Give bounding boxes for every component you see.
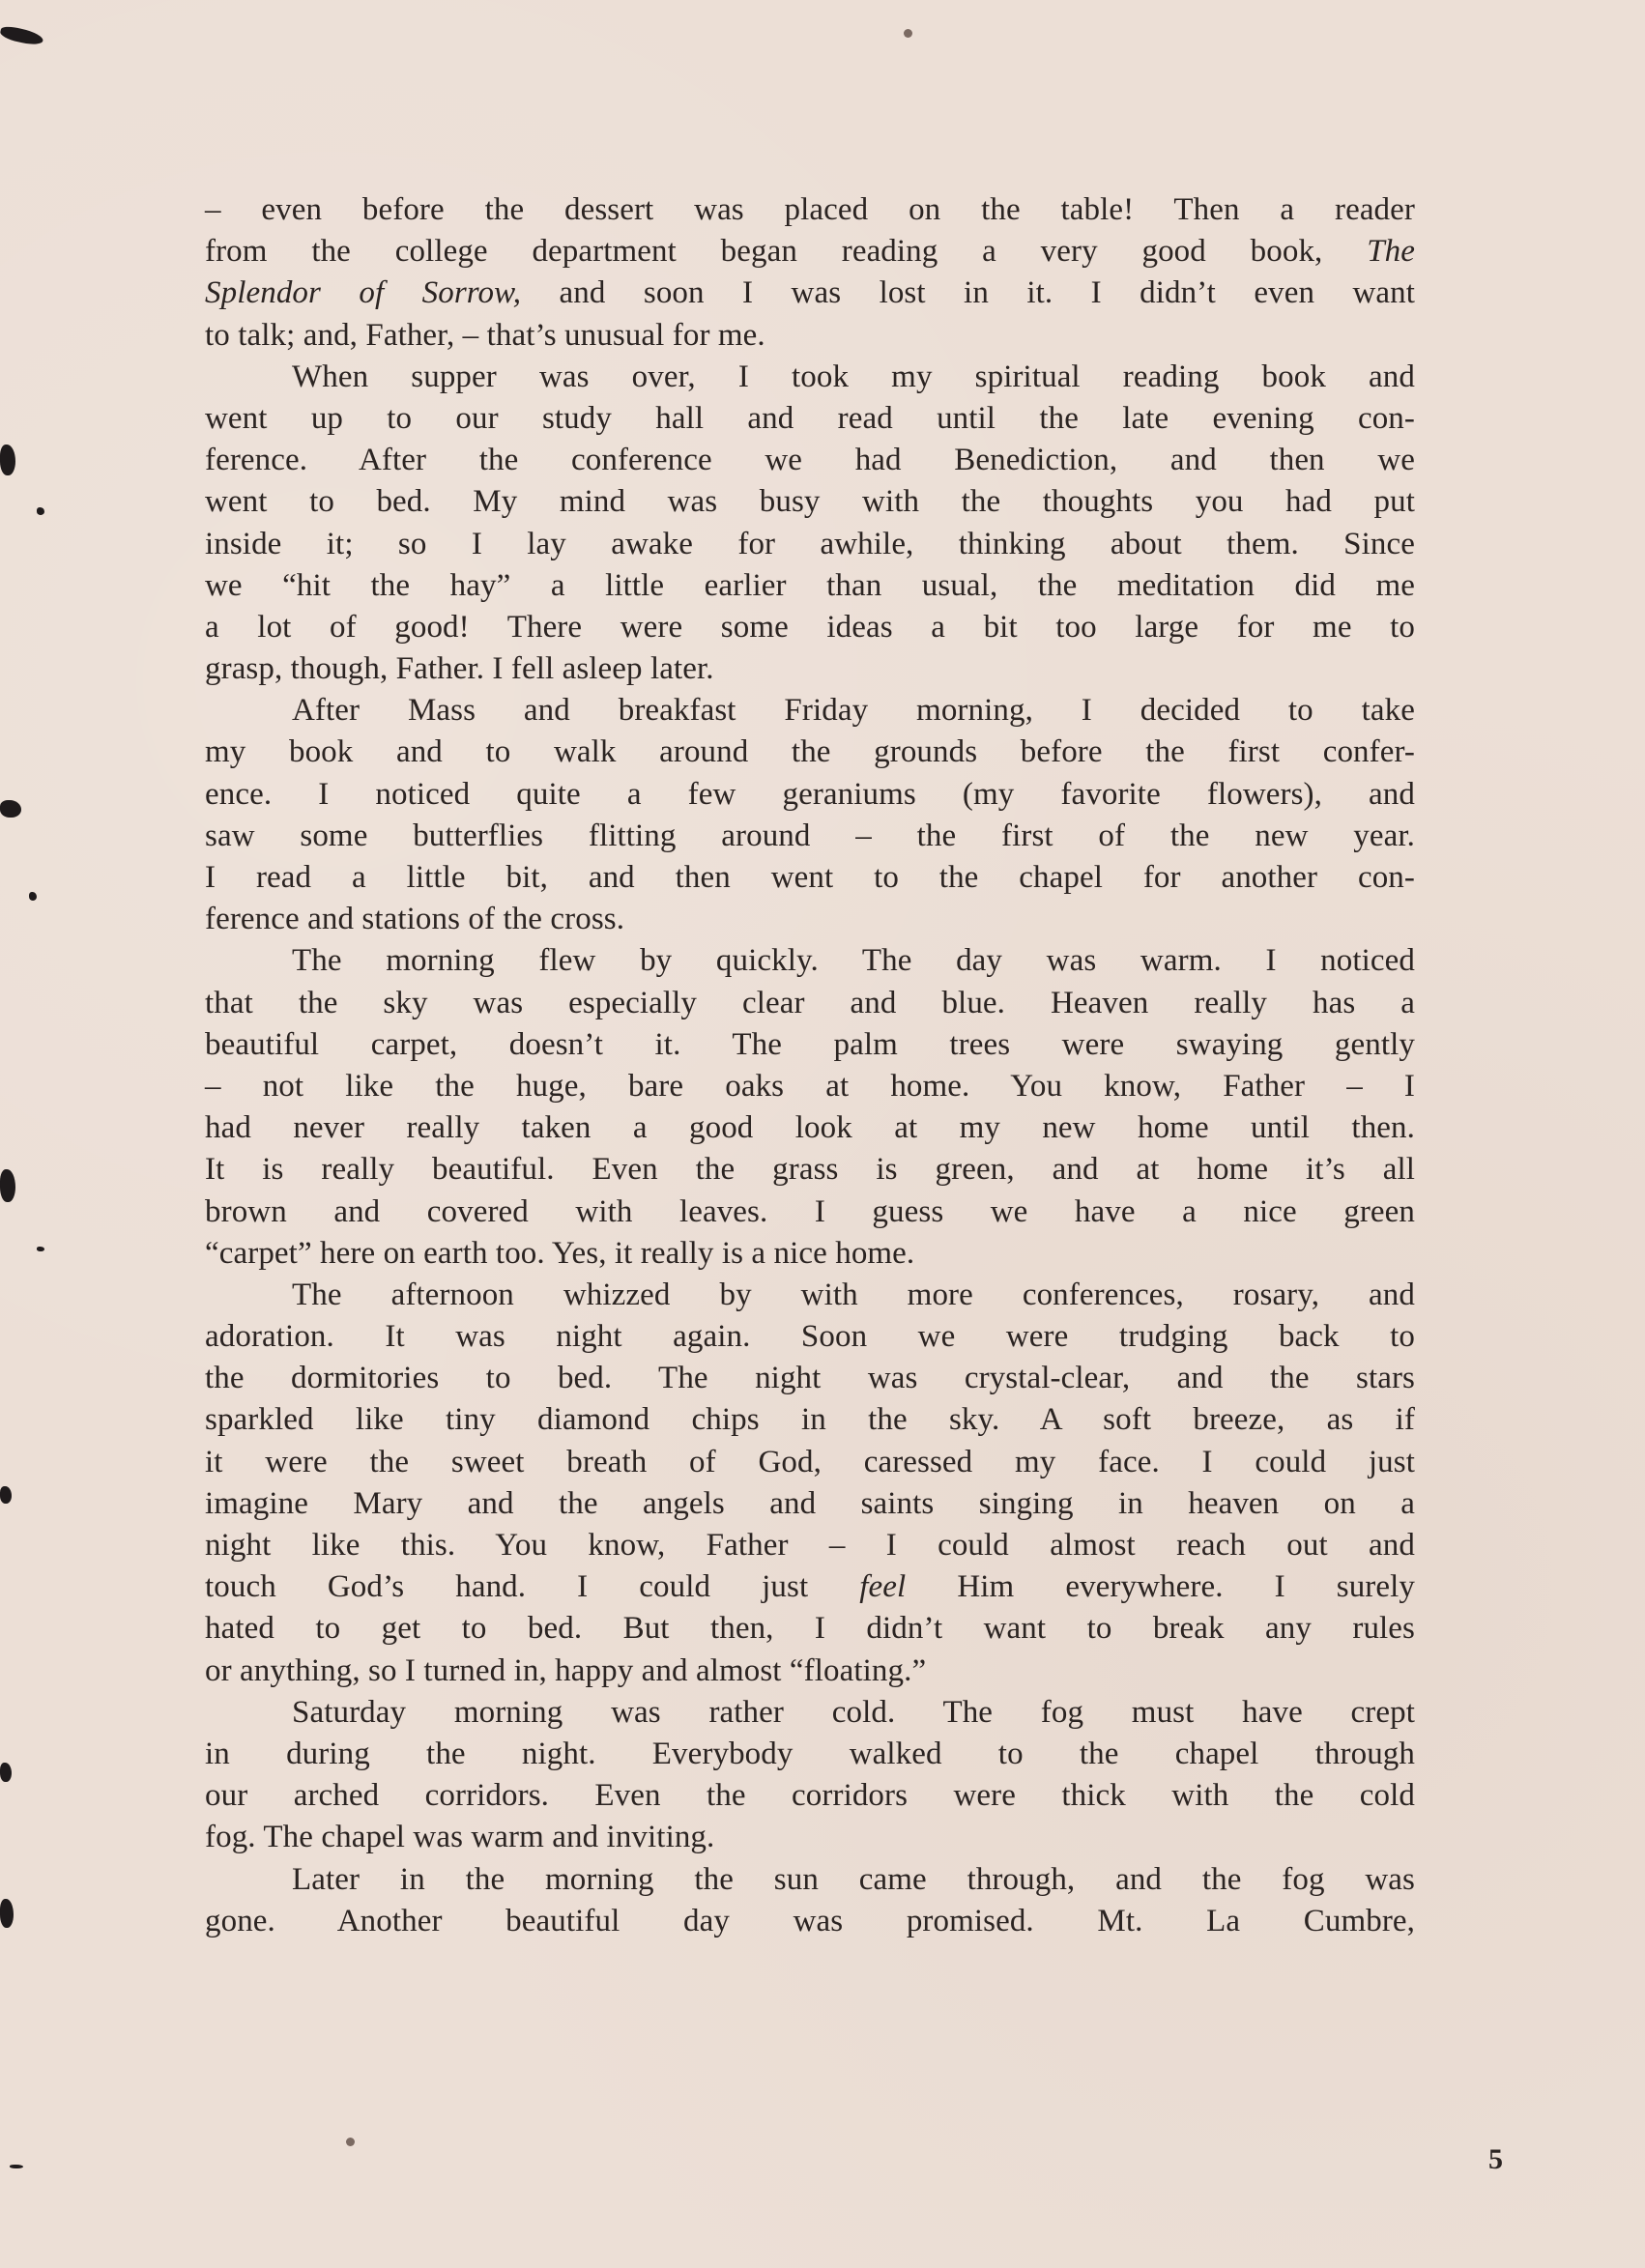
text-line: fog. The chapel was warm and inviting. — [205, 1817, 1415, 1858]
text-line: had never really taken a good look at my… — [205, 1107, 1415, 1149]
paragraph-first-line: The morning flew by quickly. The day was… — [205, 940, 1415, 982]
text-line: ference. After the conference we had Ben… — [205, 440, 1415, 481]
text-segment: Saturday morning was rather cold. The fo… — [292, 1695, 1415, 1730]
text-segment: went to bed. My mind was busy with the t… — [205, 484, 1415, 519]
text-line: from the college department began readin… — [205, 231, 1415, 273]
binding-hole-mark — [29, 892, 37, 901]
text-line: went up to our study hall and read until… — [205, 398, 1415, 440]
text-segment: the dormitories to bed. The night was cr… — [205, 1361, 1415, 1395]
text-segment: from the college department began readin… — [205, 234, 1367, 269]
text-line: that the sky was especially clear and bl… — [205, 983, 1415, 1024]
text-segment: to talk; and, Father, – that’s unusual f… — [205, 318, 765, 353]
paragraph-first-line: Later in the morning the sun came throug… — [205, 1859, 1415, 1901]
text-segment: imagine Mary and the angels and saints s… — [205, 1486, 1415, 1521]
text-line: grasp, though, Father. I fell asleep lat… — [205, 648, 1415, 690]
text-segment: our arched corridors. Even the corridors… — [205, 1778, 1415, 1813]
text-line: saw some butterflies flitting around – t… — [205, 816, 1415, 857]
text-segment: my book and to walk around the grounds b… — [205, 734, 1415, 769]
text-segment: had never really taken a good look at my… — [205, 1110, 1415, 1145]
binding-hole-mark — [37, 1247, 44, 1251]
text-segment: The morning flew by quickly. The day was… — [292, 943, 1415, 978]
binding-hole-mark — [0, 800, 21, 818]
text-segment: or anything, so I turned in, happy and a… — [205, 1653, 926, 1688]
text-segment: After Mass and breakfast Friday morning,… — [292, 693, 1415, 728]
text-line: hated to get to bed. But then, I didn’t … — [205, 1608, 1415, 1650]
italic-text: feel — [859, 1569, 906, 1604]
paper-speck — [904, 29, 912, 38]
text-line: I read a little bit, and then went to th… — [205, 857, 1415, 899]
binding-hole-mark — [0, 24, 44, 46]
binding-hole-mark — [37, 507, 44, 515]
paragraph-first-line: After Mass and breakfast Friday morning,… — [205, 690, 1415, 732]
text-segment: adoration. It was night again. Soon we w… — [205, 1319, 1415, 1354]
paragraph-first-line: The afternoon whizzed by with more confe… — [205, 1275, 1415, 1316]
body-text: – even before the dessert was placed on … — [205, 189, 1415, 1942]
text-segment: it were the sweet breath of God, caresse… — [205, 1445, 1415, 1479]
text-line: imagine Mary and the angels and saints s… — [205, 1483, 1415, 1525]
text-line: it were the sweet breath of God, caresse… — [205, 1442, 1415, 1483]
text-line: went to bed. My mind was busy with the t… — [205, 481, 1415, 523]
text-line: a lot of good! There were some ideas a b… — [205, 607, 1415, 648]
text-line: beautiful carpet, doesn’t it. The palm t… — [205, 1024, 1415, 1066]
text-line: brown and covered with leaves. I guess w… — [205, 1191, 1415, 1233]
text-segment: I read a little bit, and then went to th… — [205, 860, 1415, 895]
text-segment: It is really beautiful. Even the grass i… — [205, 1152, 1415, 1187]
text-line: the dormitories to bed. The night was cr… — [205, 1358, 1415, 1399]
text-segment: When supper was over, I took my spiritua… — [292, 359, 1415, 394]
text-line: ference and stations of the cross. — [205, 899, 1415, 940]
text-segment: gone. Another beautiful day was promised… — [205, 1904, 1415, 1938]
text-line: gone. Another beautiful day was promised… — [205, 1901, 1415, 1942]
text-segment: grasp, though, Father. I fell asleep lat… — [205, 651, 714, 686]
text-segment: brown and covered with leaves. I guess w… — [205, 1194, 1415, 1229]
text-segment: ence. I noticed quite a few geraniums (m… — [205, 777, 1415, 812]
text-line: or anything, so I turned in, happy and a… — [205, 1651, 1415, 1692]
text-segment: Later in the morning the sun came throug… — [292, 1862, 1415, 1897]
text-line: It is really beautiful. Even the grass i… — [205, 1149, 1415, 1191]
binding-hole-mark — [0, 1763, 12, 1782]
page-number: 5 — [1488, 2143, 1503, 2176]
text-segment: and soon I was lost in it. I didn’t even… — [521, 275, 1415, 310]
text-segment: we “hit the hay” a little earlier than u… — [205, 568, 1415, 603]
text-segment: fog. The chapel was warm and inviting. — [205, 1820, 714, 1854]
text-line: our arched corridors. Even the corridors… — [205, 1775, 1415, 1817]
text-segment: saw some butterflies flitting around – t… — [205, 818, 1415, 853]
text-segment: in during the night. Everybody walked to… — [205, 1737, 1415, 1771]
text-line: we “hit the hay” a little earlier than u… — [205, 565, 1415, 607]
text-segment: ference. After the conference we had Ben… — [205, 443, 1415, 477]
text-segment: beautiful carpet, doesn’t it. The palm t… — [205, 1027, 1415, 1062]
text-segment: The afternoon whizzed by with more confe… — [292, 1278, 1415, 1312]
binding-hole-mark — [0, 1486, 12, 1504]
text-line: in during the night. Everybody walked to… — [205, 1734, 1415, 1775]
text-line: – even before the dessert was placed on … — [205, 189, 1415, 231]
text-segment: a lot of good! There were some ideas a b… — [205, 610, 1415, 645]
italic-text: Splendor of Sorrow, — [205, 275, 521, 310]
italic-text: The — [1367, 234, 1415, 269]
text-line: my book and to walk around the grounds b… — [205, 732, 1415, 773]
text-segment: “carpet” here on earth too. Yes, it real… — [205, 1236, 914, 1271]
text-line: “carpet” here on earth too. Yes, it real… — [205, 1233, 1415, 1275]
binding-hole-mark — [0, 1899, 14, 1928]
text-segment: that the sky was especially clear and bl… — [205, 986, 1415, 1020]
text-line: adoration. It was night again. Soon we w… — [205, 1316, 1415, 1358]
paragraph-first-line: When supper was over, I took my spiritua… — [205, 357, 1415, 398]
text-line: sparkled like tiny diamond chips in the … — [205, 1399, 1415, 1441]
text-segment: hated to get to bed. But then, I didn’t … — [205, 1611, 1415, 1646]
text-segment: sparkled like tiny diamond chips in the … — [205, 1402, 1415, 1437]
binding-hole-mark — [0, 445, 15, 475]
text-segment: Him everywhere. I surely — [906, 1569, 1415, 1604]
paper-speck — [346, 2138, 355, 2146]
text-line: – not like the huge, bare oaks at home. … — [205, 1066, 1415, 1107]
paragraph-first-line: Saturday morning was rather cold. The fo… — [205, 1692, 1415, 1734]
text-segment: – not like the huge, bare oaks at home. … — [205, 1069, 1415, 1104]
text-line: inside it; so I lay awake for awhile, th… — [205, 524, 1415, 565]
text-segment: night like this. You know, Father – I co… — [205, 1528, 1415, 1563]
text-line: ence. I noticed quite a few geraniums (m… — [205, 774, 1415, 816]
text-segment: inside it; so I lay awake for awhile, th… — [205, 527, 1415, 561]
text-line: Splendor of Sorrow, and soon I was lost … — [205, 273, 1415, 314]
text-segment: ference and stations of the cross. — [205, 902, 624, 936]
text-line: touch God’s hand. I could just feel Him … — [205, 1566, 1415, 1608]
text-line: night like this. You know, Father – I co… — [205, 1525, 1415, 1566]
text-segment: went up to our study hall and read until… — [205, 401, 1415, 436]
text-segment: touch God’s hand. I could just — [205, 1569, 859, 1604]
binding-hole-mark — [10, 2165, 23, 2168]
text-segment: – even before the dessert was placed on … — [205, 192, 1415, 227]
text-line: to talk; and, Father, – that’s unusual f… — [205, 315, 1415, 357]
binding-hole-mark — [0, 1169, 15, 1202]
